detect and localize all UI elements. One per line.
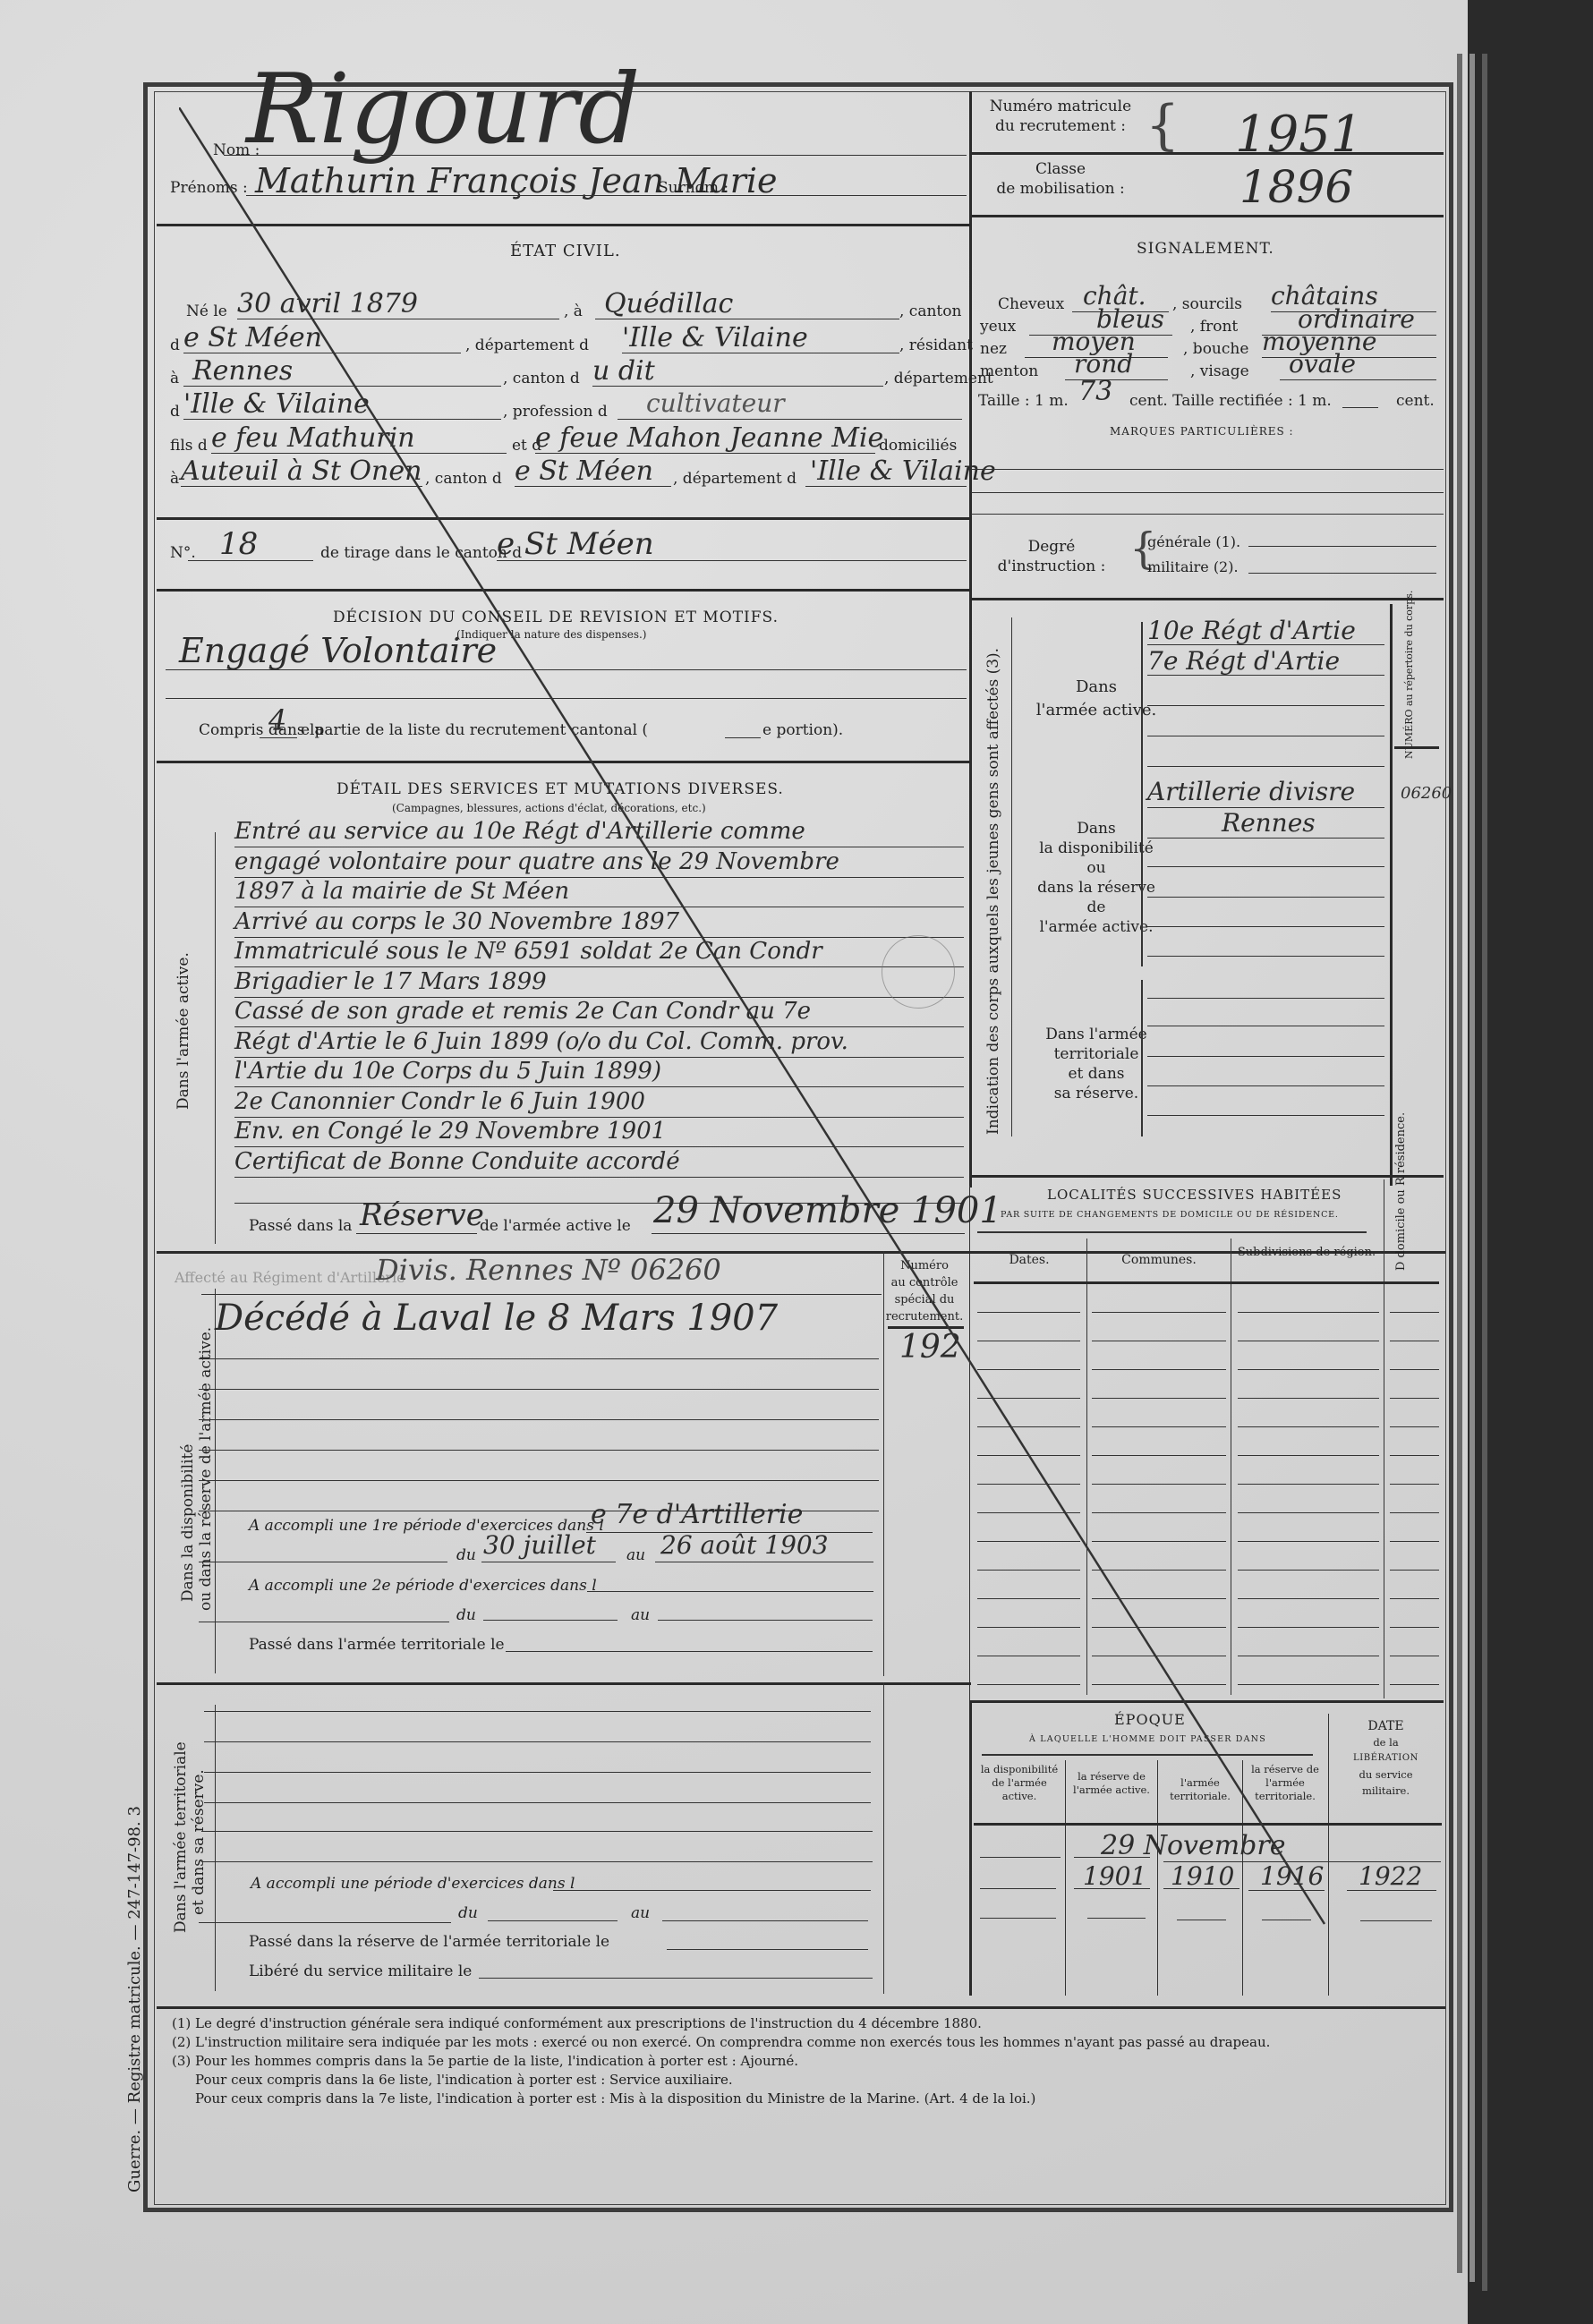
ink-stamp xyxy=(882,935,955,1009)
departement2-prefix: d xyxy=(170,403,180,421)
dispo-label-1: Dans xyxy=(1020,819,1172,839)
epoque-value-territoriale: 1910 xyxy=(1171,1861,1234,1891)
domicile-prefix: à xyxy=(170,470,179,488)
footer-vertical: Guerre. — Registre matricule. — 247-147-… xyxy=(125,1806,144,2192)
periode1-du-line xyxy=(481,1562,616,1562)
localites-row-line xyxy=(1092,1627,1226,1628)
epoque-line-2a xyxy=(980,1888,1056,1889)
corps-active-label-1: Dans xyxy=(1020,676,1172,699)
footnote-number: (1) xyxy=(172,2015,195,2031)
service-line xyxy=(234,847,964,847)
reserve-line-0 xyxy=(201,1294,882,1295)
localites-row-line xyxy=(1238,1398,1379,1399)
corps-active-entry-1: 10e Régt d'Artie xyxy=(1147,616,1356,645)
service-entry: l'Artie du 10e Corps du 5 Juin 1899) xyxy=(234,1058,661,1085)
localites-row-line xyxy=(1390,1570,1439,1571)
reserve-vertical-label-2: ou dans la réserve de l'armée active. xyxy=(197,1327,215,1611)
periode2-du-line xyxy=(483,1620,618,1621)
corps-active-line-5 xyxy=(1147,766,1384,767)
epoque-subheading: À LAQUELLE L'HOMME DOIT PASSER DANS xyxy=(1029,1734,1266,1744)
classe-value: 1896 xyxy=(1239,161,1353,213)
numero-controle-1: Numéro xyxy=(884,1257,965,1274)
localites-row-line xyxy=(1092,1512,1226,1513)
tirage-no-line xyxy=(188,560,313,561)
reserve-brace xyxy=(215,1289,216,1673)
territoriale-periode-line xyxy=(553,1890,871,1891)
localites-row-line xyxy=(977,1656,1080,1656)
localites-row-line xyxy=(1390,1484,1439,1485)
visage-line xyxy=(1280,379,1436,380)
visage-value: ovale xyxy=(1289,349,1356,379)
liberation-header-1: DATE xyxy=(1330,1718,1442,1734)
epoque-brace xyxy=(982,1754,1313,1756)
domicilies-label: domiciliés xyxy=(879,437,957,455)
service-line xyxy=(234,1026,964,1027)
decision-line-2 xyxy=(166,698,967,699)
numero-controle-4: recrutement. xyxy=(884,1308,965,1325)
localites-row-line xyxy=(1238,1541,1379,1542)
territoriale-vertical-label-2: et dans sa réserve. xyxy=(190,1769,208,1915)
etat-civil-heading: ÉTAT CIVIL. xyxy=(510,242,621,260)
classe-divider xyxy=(971,215,1444,217)
dispo-label-6: l'armée active. xyxy=(1020,917,1172,937)
epoque-line-2b xyxy=(1074,1888,1150,1889)
footnotes: (1)Le degré d'instruction générale sera … xyxy=(172,2015,1443,2109)
service-entry: 1897 à la mairie de St Méen xyxy=(234,878,569,905)
localites-row-line xyxy=(1390,1398,1439,1399)
service-entry: Régt d'Artie le 6 Juin 1899 (o/o du Col.… xyxy=(234,1028,848,1055)
territoriale-du-label: du xyxy=(458,1904,478,1922)
domicile-value: Auteuil à St Onen xyxy=(181,455,422,487)
lieu-line xyxy=(595,319,899,319)
territoriale-brace xyxy=(215,1705,216,1991)
passe-line xyxy=(356,1233,477,1234)
service-line xyxy=(234,966,964,967)
footnote: Pour ceux compris dans la 6e liste, l'in… xyxy=(172,2072,1443,2090)
reserve-stamp-text: Affecté au Régiment d'Artillerie xyxy=(175,1269,405,1286)
bouche-label: , bouche xyxy=(1183,340,1248,358)
mere-line xyxy=(535,453,875,454)
corps-active-line-2 xyxy=(1147,675,1384,676)
instruction-divider xyxy=(971,598,1444,600)
residant-line xyxy=(183,386,501,387)
localites-row-line xyxy=(1092,1684,1226,1685)
matricule-divider xyxy=(971,152,1444,155)
territoriale-reserve-line xyxy=(667,1949,868,1950)
periode2-pre-line xyxy=(199,1622,449,1622)
territoriale-line-6 xyxy=(201,1861,873,1862)
localites-row-line xyxy=(1238,1312,1379,1313)
profession-label: , profession d xyxy=(503,403,608,421)
canton-line xyxy=(183,353,461,353)
localites-row-line xyxy=(1390,1656,1439,1656)
territoriale-label-1: Dans l'armée xyxy=(1020,1025,1172,1044)
services-vertical-label: Dans l'armée active. xyxy=(175,952,192,1110)
localites-row-line xyxy=(1390,1426,1439,1427)
portion-suffix: e portion). xyxy=(762,721,843,739)
periode1-au-label: au xyxy=(626,1546,645,1564)
periode1-du-value: 30 juillet xyxy=(483,1530,596,1560)
epoque-value-reserve-territoriale: 1916 xyxy=(1260,1861,1324,1891)
departement2-label: , département xyxy=(884,370,993,387)
territoriale-du-line xyxy=(488,1920,618,1921)
dispo-label-2: la disponibilité xyxy=(1020,839,1172,858)
active-brace xyxy=(1141,622,1143,805)
localites-row-line xyxy=(977,1684,1080,1685)
epoque-col-divider-3 xyxy=(1242,1760,1243,1996)
footnote: Pour ceux compris dans la 7e liste, l'in… xyxy=(172,2090,1443,2109)
taille-value: 73 xyxy=(1078,376,1112,407)
marques-label: MARQUES PARTICULIÈRES : xyxy=(1110,425,1294,438)
visage-label: , visage xyxy=(1190,362,1249,380)
corps-dispo-label: Dans la disponibilité ou dans la réserve… xyxy=(1020,819,1172,937)
localites-row-line xyxy=(1092,1312,1226,1313)
localites-row-line xyxy=(1238,1455,1379,1456)
passe-label: Passé dans la xyxy=(249,1217,352,1235)
localites-heading: LOCALITÉS SUCCESSIVES HABITÉES xyxy=(1047,1187,1342,1203)
numero-col-divider xyxy=(1390,604,1393,1186)
numero-controle-value: 192 xyxy=(899,1329,961,1366)
numero-controle-3: spécial du xyxy=(884,1291,965,1308)
epoque-line-3e xyxy=(1360,1920,1432,1921)
epoque-value-reserve-active: 1901 xyxy=(1083,1861,1146,1891)
tirage-canton-line xyxy=(497,560,967,561)
menton-value: rond xyxy=(1074,349,1133,379)
etat-civil-divider xyxy=(157,517,969,520)
localites-subheading: PAR SUITE DE CHANGEMENTS DE DOMICILE OU … xyxy=(1001,1210,1339,1220)
corps-dispo-entry-2: Rennes xyxy=(1222,808,1316,838)
partie-value: 4 xyxy=(268,703,286,737)
footnote-text: L'instruction militaire sera indiquée pa… xyxy=(195,2034,1270,2050)
tirage-label: de tirage dans le canton d xyxy=(320,544,522,562)
canton3-label: , canton d xyxy=(425,470,502,488)
periode1-au-line xyxy=(655,1562,873,1562)
yeux-label: yeux xyxy=(980,318,1016,336)
surnom-label: Surnom : xyxy=(658,179,728,197)
departement3-value: 'Ille & Vilaine xyxy=(810,455,996,487)
passe-value: Réserve xyxy=(360,1197,484,1233)
cheveux-label: Cheveux xyxy=(998,295,1064,313)
profession-line xyxy=(618,419,962,420)
page-edge xyxy=(1469,54,1475,2282)
localites-header-line xyxy=(974,1281,1439,1284)
conseil-heading: DÉCISION DU CONSEIL DE REVISION ET MOTIF… xyxy=(333,609,779,626)
corps-terr-line-4 xyxy=(1147,1085,1384,1086)
dispo-label-3: ou xyxy=(1020,858,1172,878)
epoque-liberation-divider xyxy=(1328,1714,1329,1996)
localites-row-line xyxy=(1092,1570,1226,1571)
numero-controle-header: Numéro au contrôle spécial du recrutemen… xyxy=(884,1257,965,1325)
localites-row-line xyxy=(1092,1455,1226,1456)
partie-suffix: e partie de la liste du recrutement cant… xyxy=(301,721,648,739)
localites-row-line xyxy=(977,1541,1080,1542)
canton2-value: u dit xyxy=(592,355,655,387)
footnote-number: (3) xyxy=(172,2053,195,2069)
tirage-divider xyxy=(157,589,969,592)
localites-row-line xyxy=(1238,1484,1379,1485)
footnote-text: Pour ceux compris dans la 6e liste, l'in… xyxy=(195,2072,733,2088)
service-entry: Entré au service au 10e Régt d'Artilleri… xyxy=(234,818,805,845)
ne-le-line xyxy=(237,319,559,319)
reserve-line-1 xyxy=(199,1358,879,1359)
service-entry: Cassé de son grade et remis 2e Can Condr… xyxy=(234,998,811,1025)
reserve-line-2 xyxy=(199,1389,879,1390)
localites-row-line xyxy=(977,1512,1080,1513)
localites-divider xyxy=(971,1700,1444,1703)
localites-row-line xyxy=(977,1426,1080,1427)
signalement-heading: SIGNALEMENT. xyxy=(1137,240,1274,258)
territoriale-label-2: territoriale xyxy=(1020,1044,1172,1064)
services-subheading: (Campagnes, blessures, actions d'éclat, … xyxy=(392,802,706,814)
libere-label: Libéré du service militaire le xyxy=(249,1962,472,1980)
canton3-line xyxy=(515,486,671,487)
localites-row-line xyxy=(977,1627,1080,1628)
reserve-territoriale-label: Passé dans l'armée territoriale le xyxy=(249,1636,505,1654)
periode2-au-line xyxy=(658,1620,873,1621)
territoriale-line-1 xyxy=(204,1711,871,1712)
footnote-number: (2) xyxy=(172,2034,195,2050)
localites-col-subdivisions: Subdivisions de région. xyxy=(1235,1246,1378,1260)
residant-value: Rennes xyxy=(192,355,293,387)
epoque-line-3b xyxy=(1087,1918,1146,1919)
reserve-line-5 xyxy=(199,1480,879,1481)
corps-terr-line-1 xyxy=(1147,998,1384,999)
instruction-label: Degré d'instruction : xyxy=(984,537,1119,576)
service-line xyxy=(234,907,964,907)
territoriale-line-4 xyxy=(204,1802,871,1803)
localites-row-line xyxy=(1238,1684,1379,1685)
service-entry: Env. en Congé le 29 Novembre 1901 xyxy=(234,1118,666,1145)
liberation-value: 1922 xyxy=(1359,1861,1422,1891)
liberation-header: DATE de la LIBÉRATION du service militai… xyxy=(1330,1718,1442,1799)
page-edge xyxy=(1457,54,1462,2273)
reserve-entry-1: Décédé à Laval le 8 Mars 1907 xyxy=(215,1298,778,1339)
numero-label-line1: Numéro matricule xyxy=(975,97,1146,116)
marques-line-1 xyxy=(971,469,1444,470)
prenoms-label: Prénoms : xyxy=(170,179,248,197)
a-label: , à xyxy=(564,302,583,320)
taille-suffix: cent. Taille rectifiée : 1 m. xyxy=(1129,392,1332,410)
prenoms-line xyxy=(246,195,967,196)
localites-row-line xyxy=(1238,1341,1379,1341)
service-entry: 2e Canonnier Condr le 6 Juin 1900 xyxy=(234,1088,645,1115)
reserve-stamp-hand: Divis. Rennes Nº 06260 xyxy=(376,1253,721,1287)
periode1-pre-line xyxy=(199,1562,447,1562)
footnote: (3)Pour les hommes compris dans la 5e pa… xyxy=(172,2053,1443,2072)
territoriale-au-line xyxy=(662,1920,868,1921)
localites-row-line xyxy=(977,1484,1080,1485)
epoque-line-2e xyxy=(1347,1890,1436,1891)
localites-row-line xyxy=(977,1598,1080,1599)
territoriale-label-3: et dans xyxy=(1020,1064,1172,1084)
marques-line-3 xyxy=(971,514,1444,515)
profession-value: cultivateur xyxy=(646,388,785,418)
epoque-col-divider-2 xyxy=(1157,1760,1158,1996)
identity-divider xyxy=(157,224,969,226)
reserve-line-3 xyxy=(199,1419,879,1420)
periode2-du-label: du xyxy=(456,1606,476,1624)
corps-dispo-line-2 xyxy=(1147,838,1384,839)
localites-row-line xyxy=(1238,1570,1379,1571)
localites-row-line xyxy=(1390,1455,1439,1456)
service-line xyxy=(234,1086,964,1087)
localites-dr-label: D domicile ou R résidence. xyxy=(1393,1181,1410,1271)
nez-label: nez xyxy=(980,340,1007,358)
localites-row-line xyxy=(977,1398,1080,1399)
periode2-line xyxy=(587,1591,873,1592)
partie-line xyxy=(260,737,297,738)
territoriale-pre-line xyxy=(199,1922,451,1923)
territoriale-right-divider xyxy=(883,1682,884,1994)
services-brace xyxy=(215,832,216,1244)
reserve-territoriale-line xyxy=(506,1651,873,1652)
epoque-col-reserve-active: la réserve de l'armée active. xyxy=(1067,1770,1156,1797)
epoque-line-3a xyxy=(980,1918,1056,1919)
brace-icon: { xyxy=(1146,94,1180,157)
corps-active-line-3 xyxy=(1147,705,1384,706)
localites-row-line xyxy=(1092,1369,1226,1370)
corps-active-label: Dans l'armée active. xyxy=(1020,676,1172,722)
service-entry: engagé volontaire pour quatre ans le 29 … xyxy=(234,848,839,875)
departement2-line xyxy=(183,419,501,420)
instruction-generale-line xyxy=(1248,546,1436,547)
ne-le-label: Né le xyxy=(186,302,227,320)
corps-dispo-line-6 xyxy=(1147,956,1384,957)
territoriale-vertical-label-1: Dans l'armée territoriale xyxy=(172,1741,190,1933)
epoque-col-reserve-territoriale: la réserve de l'armée territoriale. xyxy=(1244,1763,1326,1803)
localites-row-line xyxy=(1390,1369,1439,1370)
sourcils-label: , sourcils xyxy=(1172,295,1242,313)
corps-terr-line-2 xyxy=(1147,1026,1384,1026)
classe-label-line2: de mobilisation : xyxy=(975,179,1146,199)
localites-row-line xyxy=(1092,1426,1226,1427)
corps-divider xyxy=(971,1175,1444,1178)
localites-row-line xyxy=(1390,1312,1439,1313)
canton2-label: , canton d xyxy=(503,370,580,387)
localites-row-line xyxy=(1238,1369,1379,1370)
numero-repertoire-vertical: NUMÉRO au répertoire du corps. xyxy=(1402,598,1417,759)
service-line xyxy=(234,1177,964,1178)
marques-line-2 xyxy=(971,492,1444,493)
passe-date-line xyxy=(652,1233,965,1234)
corps-affectes-vertical: Indication des corps auxquels les jeunes… xyxy=(984,648,1002,1135)
numero-col-line xyxy=(1394,746,1439,749)
departement2-value: 'Ille & Vilaine xyxy=(183,388,370,420)
localites-row-line xyxy=(1390,1341,1439,1341)
epoque-line-1b xyxy=(1074,1857,1150,1858)
numero-matricule-value: 1951 xyxy=(1235,106,1363,164)
localites-row-line xyxy=(1092,1398,1226,1399)
localites-row-line xyxy=(1092,1341,1226,1341)
instruction-militaire-label: militaire (2). xyxy=(1147,558,1239,575)
front-label: , front xyxy=(1190,318,1238,336)
instruction-label-line2: d'instruction : xyxy=(984,557,1119,576)
taille-rect-line xyxy=(1342,407,1378,408)
localites-row-line xyxy=(1390,1627,1439,1628)
localites-row-line xyxy=(1092,1656,1226,1656)
epoque-col-territoriale: l'armée territoriale. xyxy=(1160,1776,1240,1803)
localites-row-line xyxy=(1238,1598,1379,1599)
footnote: (1)Le degré d'instruction générale sera … xyxy=(172,2015,1443,2034)
corps-dispo-entry-1: Artillerie divisre xyxy=(1147,777,1355,806)
libere-line xyxy=(479,1978,873,1979)
domicile-line xyxy=(181,486,422,487)
departement-line xyxy=(622,353,899,353)
epoque-line-3c xyxy=(1177,1920,1226,1920)
canton-label: , canton xyxy=(899,302,961,320)
dispo-brace xyxy=(1141,787,1143,966)
departement3-line xyxy=(805,486,967,487)
reserve-line-4 xyxy=(199,1450,879,1451)
territoriale-label-4: sa réserve. xyxy=(1020,1084,1172,1103)
conseil-divider xyxy=(157,761,969,763)
corps-active-line-1 xyxy=(1147,644,1384,645)
tirage-no-label: N°. xyxy=(170,544,196,562)
numero-matricule-label: Numéro matricule du recrutement : xyxy=(975,97,1146,136)
corps-dispo-numero: 06260 xyxy=(1401,784,1452,803)
service-entry: Arrivé au corps le 30 Novembre 1897 xyxy=(234,908,679,935)
localites-row-line xyxy=(977,1570,1080,1571)
localites-row-line xyxy=(1238,1512,1379,1513)
residant-prefix: à xyxy=(170,370,179,387)
service-entry: Immatriculé sous le Nº 6591 soldat 2e Ca… xyxy=(234,938,822,965)
conseil-decision-value: Engagé Volontaire xyxy=(179,631,497,670)
localites-row-line xyxy=(1390,1684,1439,1685)
numero-label-line2: du recrutement : xyxy=(975,116,1146,136)
reserve-vertical-label-1: Dans la disponibilité xyxy=(179,1444,197,1602)
pere-value: e feu Mathurin xyxy=(211,422,415,454)
column-divider xyxy=(969,1700,972,1996)
dispo-label-5: de xyxy=(1020,898,1172,917)
ne-le-value: 30 avril 1879 xyxy=(237,288,418,319)
column-divider xyxy=(969,1186,970,1700)
corps-terr-line-3 xyxy=(1147,1056,1384,1057)
territoriale-periode-label: A accompli une période d'exercices dans … xyxy=(251,1875,575,1893)
residant-label: , résidant xyxy=(899,336,973,354)
periode2-au-label: au xyxy=(631,1606,650,1624)
localites-row-line xyxy=(1092,1541,1226,1542)
menton-label: menton xyxy=(980,362,1038,380)
taille-label: Taille : 1 m. xyxy=(978,392,1069,410)
localites-dr-divider xyxy=(1384,1179,1384,1698)
corps-terr-line-5 xyxy=(1147,1115,1384,1116)
canton2-line xyxy=(592,386,883,387)
dispo-label-4: dans la réserve xyxy=(1020,878,1172,898)
page-edge xyxy=(1482,54,1487,2291)
footnote-text: Pour ceux compris dans la 7e liste, l'in… xyxy=(195,2090,1035,2107)
localites-row-line xyxy=(1238,1627,1379,1628)
epoque-line-1a xyxy=(980,1857,1061,1858)
epoque-line-3d xyxy=(1262,1920,1311,1920)
territoriale-line-5 xyxy=(201,1831,873,1832)
passe-suffix: de l'armée active le xyxy=(480,1217,631,1235)
nom-value: Rigourd xyxy=(246,54,640,166)
localites-row-line xyxy=(1238,1426,1379,1427)
decision-line xyxy=(166,669,967,670)
epoque-line-2c xyxy=(1163,1888,1239,1889)
instruction-label-line1: Degré xyxy=(984,537,1119,557)
epoque-col-disponibilite: la disponibilité de l'armée active. xyxy=(974,1763,1065,1803)
liberation-header-3: LIBÉRATION xyxy=(1330,1750,1442,1766)
periode1-value: e 7e d'Artillerie xyxy=(591,1499,803,1530)
corps-dispo-line-3 xyxy=(1147,866,1384,867)
corps-active-label-2: l'armée active. xyxy=(1020,699,1172,722)
localites-col-divider-2 xyxy=(1231,1239,1231,1695)
corps-dispo-line-5 xyxy=(1147,926,1384,927)
corps-territoriale-label: Dans l'armée territoriale et dans sa rés… xyxy=(1020,1025,1172,1103)
localites-row-line xyxy=(1092,1484,1226,1485)
localites-row-line xyxy=(1390,1512,1439,1513)
